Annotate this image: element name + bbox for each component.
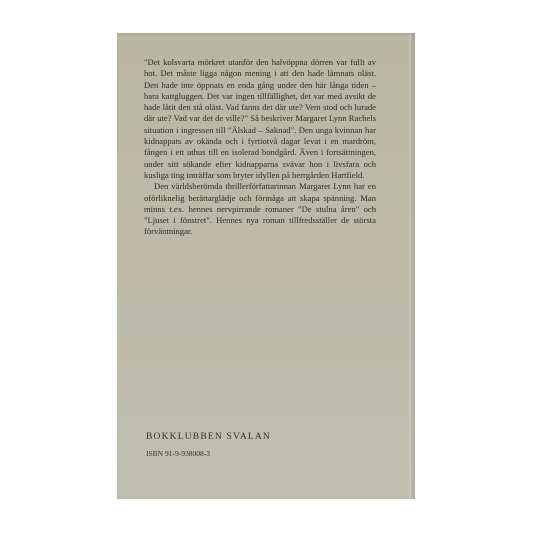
blurb-paragraph-2: Den världsberömda thrillerförfattarinnan…: [144, 181, 376, 237]
book-back-cover: "Det kolsvarta mörkret utanför den halvö…: [117, 33, 415, 499]
publisher-name: BOKKLUBBEN SVALAN: [146, 432, 271, 442]
blurb-paragraph-1: "Det kolsvarta mörkret utanför den halvö…: [144, 57, 376, 181]
isbn-number: ISBN 91-9-938008-3: [146, 449, 210, 458]
blurb-text: "Det kolsvarta mörkret utanför den halvö…: [144, 57, 376, 238]
